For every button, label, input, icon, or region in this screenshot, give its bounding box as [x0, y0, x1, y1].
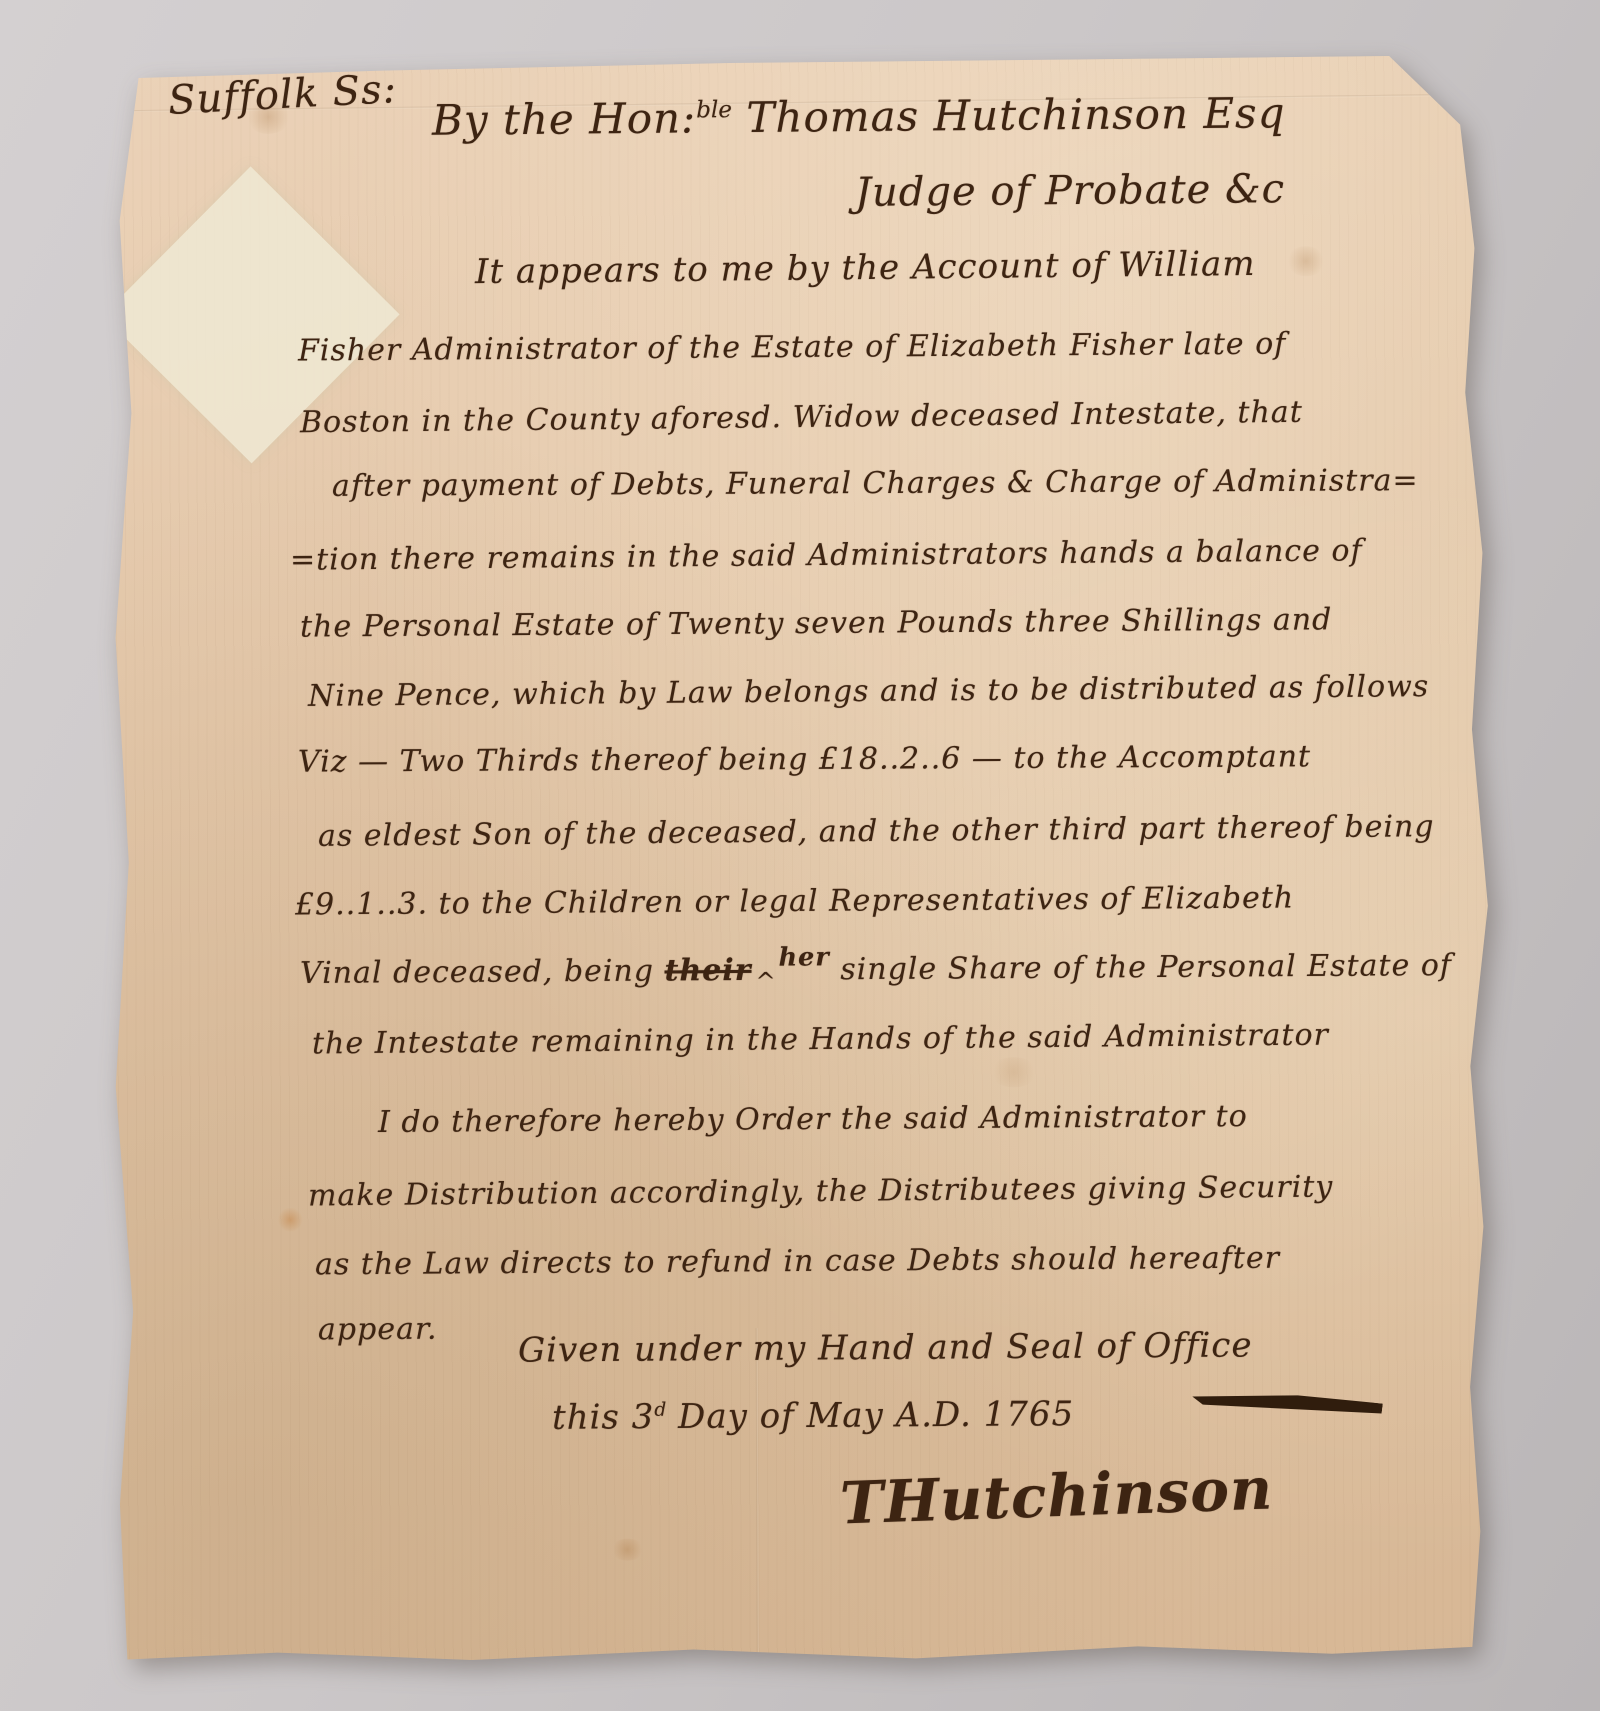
- manuscript-line-with-amendment: Vinal deceased, being their^her single S…: [300, 948, 1452, 991]
- manuscript-line: Viz — Two Thirds thereof being £18..2..6…: [298, 739, 1311, 779]
- manuscript-line: as the Law directs to refund in case Deb…: [315, 1241, 1280, 1283]
- closing-date-line: this 3d Day of May A.D. 1765: [552, 1394, 1074, 1438]
- closing-date-post: Day of May A.D. 1765: [666, 1394, 1074, 1437]
- handwritten-text-layer: Suffolk Ss: By the Hon:ble Thomas Hutchi…: [0, 0, 1600, 1711]
- header-by-post: Thomas Hutchinson Esq: [732, 88, 1286, 142]
- manuscript-line: It appears to me by the Account of Willi…: [475, 244, 1256, 292]
- header-by-line: By the Hon:ble Thomas Hutchinson Esq: [432, 88, 1286, 144]
- manuscript-line: the Personal Estate of Twenty seven Poun…: [300, 602, 1333, 644]
- judge-signature: THutchinson: [839, 1454, 1274, 1537]
- struck-out-word: their: [664, 953, 751, 989]
- manuscript-line: Nine Pence, which by Law belongs and is …: [308, 669, 1429, 714]
- closing-date-pre: this 3: [552, 1397, 655, 1438]
- manuscript-line: as eldest Son of the deceased, and the o…: [318, 809, 1435, 854]
- insertion-caret: ^: [755, 967, 776, 995]
- region-heading: Suffolk Ss:: [167, 66, 398, 124]
- photograph-of-document: Suffolk Ss: By the Hon:ble Thomas Hutchi…: [0, 0, 1600, 1711]
- manuscript-line: =tion there remains in the said Administ…: [290, 533, 1363, 577]
- manuscript-line: make Distribution accordingly, the Distr…: [308, 1170, 1334, 1214]
- closing-date-superscript: d: [654, 1400, 666, 1421]
- inserted-word: her: [778, 942, 829, 972]
- manuscript-line: I do therefore hereby Order the said Adm…: [378, 1099, 1248, 1140]
- manuscript-line: the Intestate remaining in the Hands of …: [312, 1018, 1329, 1062]
- manuscript-line: £9..1..3. to the Children or legal Repre…: [295, 881, 1294, 923]
- ink-flourish-dash: [1191, 1381, 1383, 1430]
- header-by-superscript: ble: [696, 97, 732, 123]
- manuscript-line: Boston in the County aforesd. Widow dece…: [300, 395, 1303, 440]
- amendment-post: single Share of the Personal Estate of: [830, 948, 1452, 987]
- manuscript-line: after payment of Debts, Funeral Charges …: [332, 463, 1419, 504]
- manuscript-line: Fisher Administrator of the Estate of El…: [298, 327, 1287, 369]
- amendment-pre: Vinal deceased, being: [300, 953, 665, 991]
- header-title-line: Judge of Probate &c: [855, 166, 1285, 216]
- closing-given-line: Given under my Hand and Seal of Office: [518, 1325, 1253, 1370]
- manuscript-line: appear.: [318, 1312, 438, 1348]
- header-by-pre: By the Hon:: [432, 93, 697, 144]
